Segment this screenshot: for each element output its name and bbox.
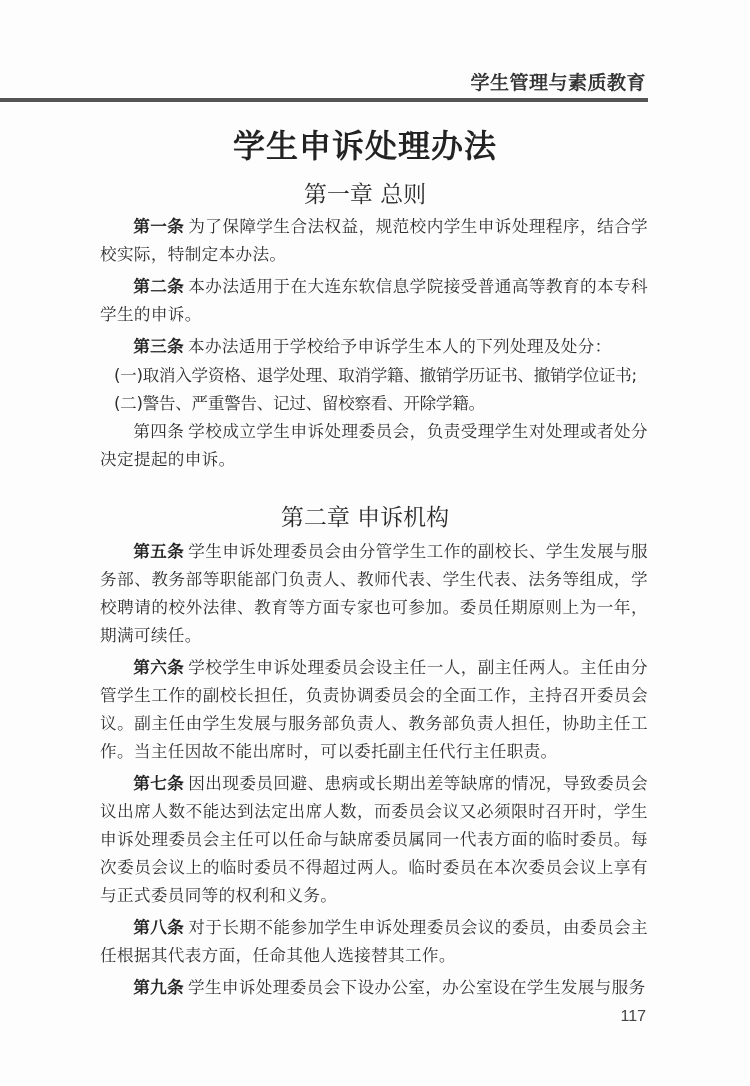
- article-6: 第六条学校学生申诉处理委员会设主任一人，副主任两人。主任由分管学生工作的副校长担…: [100, 654, 648, 766]
- article-text: 因出现委员回避、患病或长期出差等缺席的情况，导致委员会议出席人数不能达到法定出席…: [100, 774, 648, 905]
- article-label: 第三条: [133, 337, 184, 356]
- article-label: 第五条: [133, 542, 184, 561]
- article-text: 本办法适用于学校给予申诉学生本人的下列处理及处分：: [188, 337, 612, 356]
- article-label: 第七条: [133, 774, 184, 793]
- chapter-heading: 第二章 申诉机构: [0, 503, 730, 533]
- article-3-item-2: (二)警告、严重警告、记过、留校察看、开除学籍。: [100, 390, 648, 418]
- article-label: 第六条: [133, 658, 184, 677]
- article-label: 第二条: [133, 277, 184, 296]
- article-label: 第四条: [133, 422, 184, 441]
- article-2: 第二条本办法适用于在大连东软信息学院接受普通高等教育的本专科学生的申诉。: [100, 273, 648, 329]
- article-label: 第八条: [133, 918, 184, 937]
- article-7: 第七条因出现委员回避、患病或长期出差等缺席的情况，导致委员会议出席人数不能达到法…: [100, 770, 648, 910]
- article-label: 第九条: [133, 978, 184, 997]
- article-8: 第八条对于长期不能参加学生申诉处理委员会议的委员，由委员会主任根据其代表方面，任…: [100, 914, 648, 970]
- running-header: 学生管理与素质教育: [0, 70, 646, 96]
- article-9: 第九条学生申诉处理委员会下设办公室，办公室设在学生发展与服务: [100, 974, 648, 1002]
- header-rule: [0, 98, 648, 102]
- chapter-2-body: 第五条学生申诉处理委员会由分管学生工作的副校长、学生发展与服务部、教务部等职能部…: [100, 538, 648, 1003]
- article-3-item-1: (一)取消入学资格、退学处理、取消学籍、撤销学历证书、撤销学位证书;: [100, 362, 648, 390]
- article-label: 第一条: [133, 217, 184, 236]
- article-1: 第一条为了保障学生合法权益，规范校内学生申诉处理程序，结合学校实际，特制定本办法…: [100, 213, 648, 269]
- page-number: 117: [600, 1008, 646, 1026]
- article-4: 第四条学校成立学生申诉处理委员会，负责受理学生对处理或者处分决定提起的申诉。: [100, 418, 648, 474]
- article-text: 学生申诉处理委员会下设办公室，办公室设在学生发展与服务: [188, 978, 645, 997]
- article-5: 第五条学生申诉处理委员会由分管学生工作的副校长、学生发展与服务部、教务部等职能部…: [100, 538, 648, 650]
- chapter-1-body: 第一条为了保障学生合法权益，规范校内学生申诉处理程序，结合学校实际，特制定本办法…: [100, 213, 648, 475]
- document-title: 学生申诉处理办法: [0, 126, 730, 166]
- article-3: 第三条本办法适用于学校给予申诉学生本人的下列处理及处分：: [100, 333, 648, 361]
- chapter-heading: 第一章 总则: [0, 180, 730, 210]
